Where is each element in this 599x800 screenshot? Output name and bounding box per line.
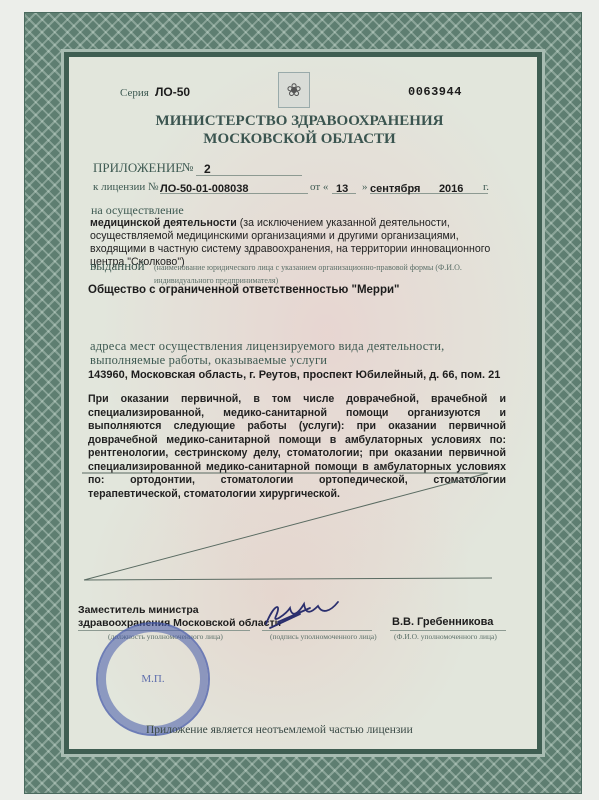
signature-line <box>262 630 372 631</box>
stamp-label: М.П. <box>141 673 164 685</box>
official-stamp: М.П. <box>96 622 210 736</box>
signer-name: В.В. Гребенникова <box>392 616 493 628</box>
signer-position-line1: Заместитель министра <box>78 604 281 617</box>
hint-name: (Ф.И.О. уполномоченного лица) <box>394 632 497 641</box>
signer-position: Заместитель министра здравоохранения Мос… <box>78 604 281 630</box>
signature <box>260 594 360 634</box>
footer-note: Приложение является неотъемлемой частью … <box>146 724 413 736</box>
hint-signature: (подпись уполномоченного лица) <box>270 632 377 641</box>
name-line <box>390 630 506 631</box>
cancel-lines <box>0 0 599 800</box>
